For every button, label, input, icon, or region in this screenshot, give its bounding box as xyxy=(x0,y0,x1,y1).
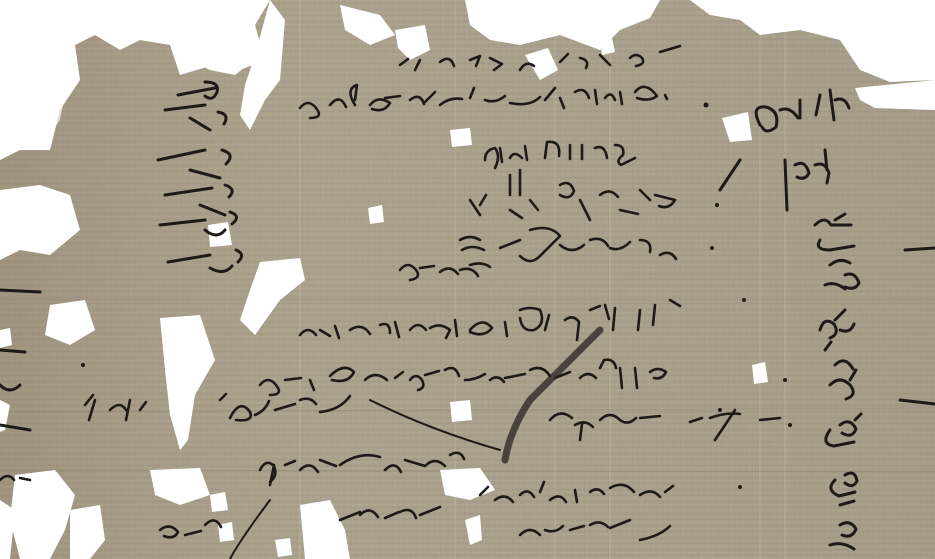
papyrus-fragment xyxy=(0,0,935,559)
papyrus-photo xyxy=(0,0,935,559)
